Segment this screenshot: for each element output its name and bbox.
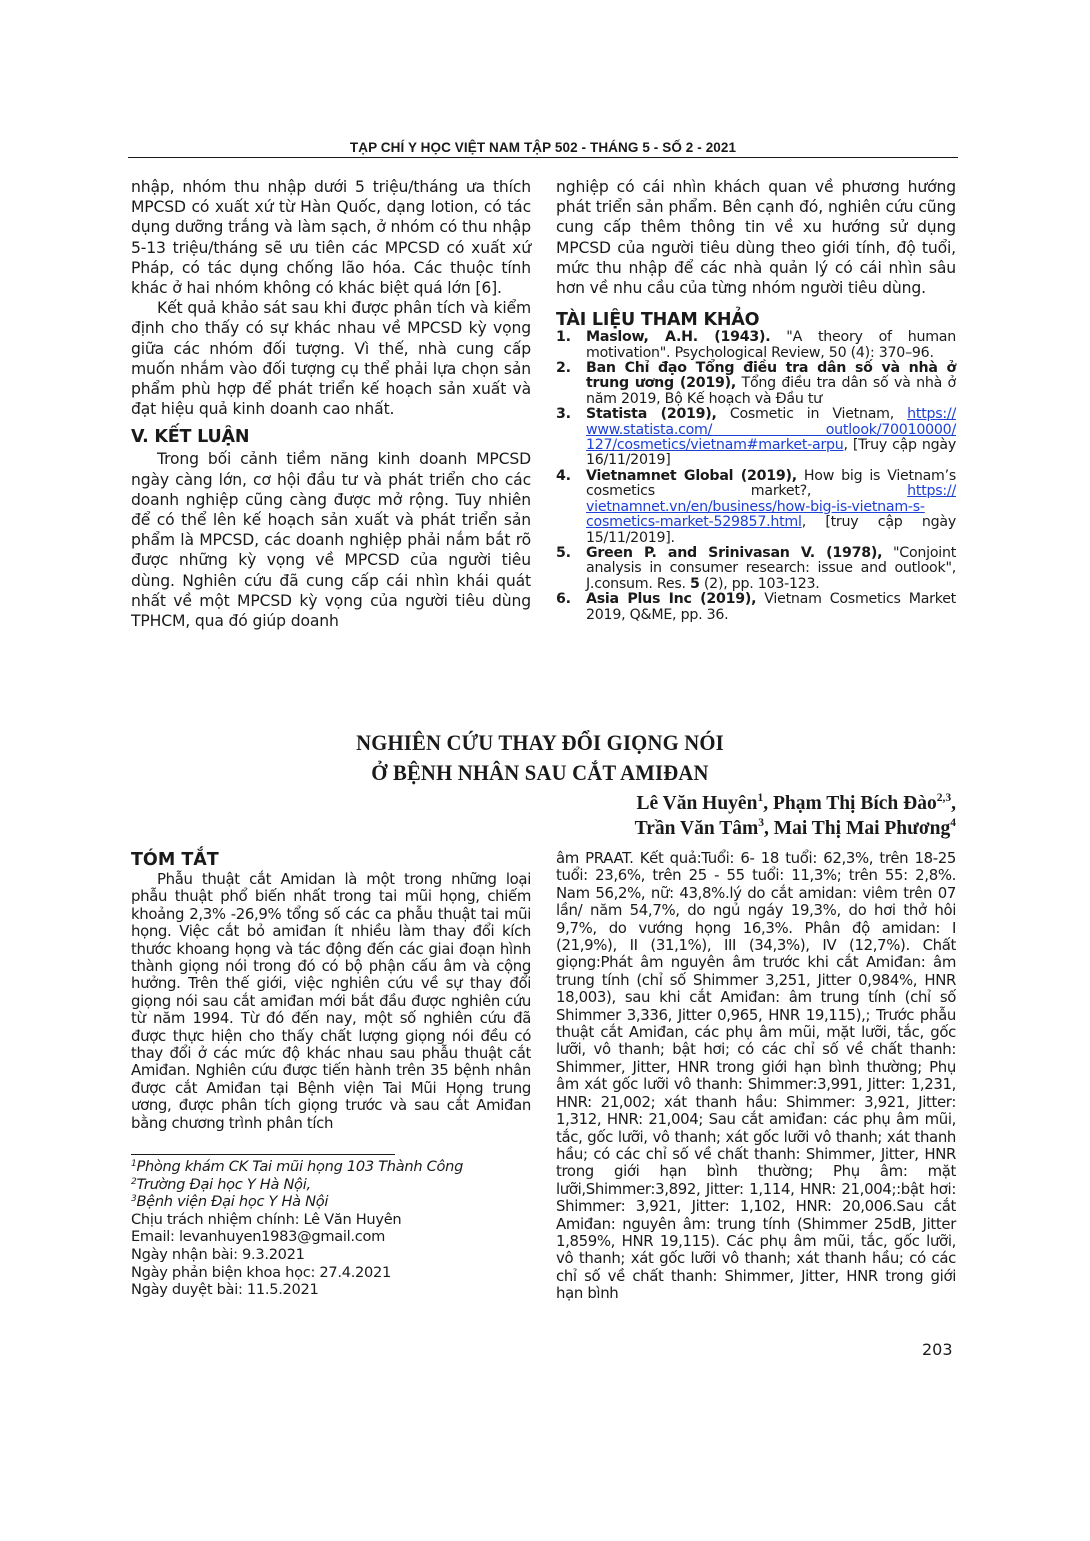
abstract-paragraph: Phẫu thuật cắt Amidan là một trong những…	[131, 871, 531, 1132]
reference-item: 6.Asia Plus Inc (2019), Vietnam Cosmetic…	[556, 592, 956, 623]
footnote-text: Trường Đại học Y Hà Nội,	[136, 1176, 310, 1193]
reference-number: 4.	[556, 469, 571, 484]
reference-volume: 5	[690, 576, 700, 592]
footnote-affiliation: 2Trường Đại học Y Hà Nội,	[131, 1176, 531, 1194]
author-separator: ,	[951, 793, 956, 814]
reference-list: 1.Maslow, A.H. (1943). "A theory of huma…	[556, 330, 956, 623]
footnote-received-date: Ngày nhận bài: 9.3.2021	[131, 1246, 531, 1264]
reference-author: Maslow, A.H. (1943).	[586, 329, 770, 345]
abstract-left-column: TÓM TẮT Phẫu thuật cắt Amidan là một tro…	[131, 850, 531, 1299]
reference-number: 1.	[556, 330, 571, 345]
author-separator: ,	[763, 793, 773, 814]
author-affiliation-mark: 4	[950, 817, 956, 829]
body-paragraph: Trong bối cảnh tiềm năng kinh doanh MPCS…	[131, 449, 531, 631]
article-title: NGHIÊN CỨU THAY ĐỔI GIỌNG NÓI Ở BỆNH NHÂ…	[310, 728, 770, 788]
reference-pages: (2), pp. 103-123.	[700, 576, 820, 592]
author-name: Trần Văn Tâm	[635, 818, 759, 839]
footnote-responsible-author: Chịu trách nhiệm chính: Lê Văn Huyên	[131, 1211, 531, 1229]
reference-text: Cosmetic in Vietnam,	[717, 406, 907, 422]
body-paragraph: nghiệp có cái nhìn khách quan về phương …	[556, 177, 956, 298]
abstract-right-column: âm PRAAT. Kết quả:Tuổi: 6- 18 tuổi: 62,3…	[556, 850, 956, 1303]
footnote-text: Bệnh viện Đại học Y Hà Nội	[136, 1193, 328, 1210]
reference-author: Statista (2019),	[586, 406, 717, 422]
author-name: Phạm Thị Bích Đào	[773, 793, 937, 814]
abstract-heading: TÓM TẮT	[131, 850, 531, 870]
reference-number: 6.	[556, 592, 571, 607]
reference-number: 3.	[556, 407, 571, 422]
author-name: Lê Văn Huyên	[636, 793, 757, 814]
author-separator: ,	[764, 818, 774, 839]
footnote-affiliation: 1Phòng khám CK Tai mũi họng 103 Thành Cô…	[131, 1158, 531, 1176]
reference-number: 2.	[556, 361, 571, 376]
reference-author: Asia Plus Inc (2019),	[586, 591, 756, 607]
body-paragraph: nhập, nhóm thu nhập dưới 5 triệu/tháng ư…	[131, 177, 531, 298]
reference-author: Green P. and Srinivasan V. (1978),	[586, 545, 882, 561]
journal-page: TẠP CHÍ Y HỌC VIỆT NAM TẬP 502 - THÁNG 5…	[0, 0, 1090, 1541]
author-affiliation-mark: 2,3	[937, 792, 951, 804]
reference-item: 5.Green P. and Srinivasan V. (1978), "Co…	[556, 546, 956, 592]
reference-number: 5.	[556, 546, 571, 561]
page-number: 203	[922, 1340, 953, 1359]
article-title-line: NGHIÊN CỨU THAY ĐỔI GIỌNG NÓI	[310, 728, 770, 758]
author-name: Mai Thị Mai Phương	[774, 818, 951, 839]
reference-item: 4.Vietnamnet Global (2019), How big is V…	[556, 469, 956, 546]
footnote-affiliation: 3Bệnh viện Đại học Y Hà Nội	[131, 1193, 531, 1211]
reference-item: 2.Ban Chỉ đạo Tổng điều tra dân số và nh…	[556, 361, 956, 407]
footnote-review-date: Ngày phản biện khoa học: 27.4.2021	[131, 1264, 531, 1282]
header-rule	[128, 157, 958, 158]
article-authors: Lê Văn Huyên1, Phạm Thị Bích Đào2,3, Trầ…	[500, 791, 956, 841]
footnote-accepted-date: Ngày duyệt bài: 11.5.2021	[131, 1281, 531, 1299]
footnote-rule	[131, 1154, 395, 1155]
section-heading-conclusion: V. KẾT LUẬN	[131, 427, 531, 447]
article-title-line: Ở BỆNH NHÂN SAU CẮT AMIĐAN	[310, 758, 770, 788]
footnote-email: Email: levanhuyen1983@gmail.com	[131, 1228, 531, 1246]
prev-article-right-column: nghiệp có cái nhìn khách quan về phương …	[556, 177, 956, 623]
abstract-paragraph: âm PRAAT. Kết quả:Tuổi: 6- 18 tuổi: 62,3…	[556, 850, 956, 1303]
prev-article-left-column: nhập, nhóm thu nhập dưới 5 triệu/tháng ư…	[131, 177, 531, 631]
author-line: Trần Văn Tâm3, Mai Thị Mai Phương4	[500, 816, 956, 841]
reference-item: 3.Statista (2019), Cosmetic in Vietnam, …	[556, 407, 956, 469]
body-paragraph: Kết quả khảo sát sau khi được phân tích …	[131, 298, 531, 419]
footnote-text: Phòng khám CK Tai mũi họng 103 Thành Côn…	[136, 1158, 463, 1175]
section-heading-references: TÀI LIỆU THAM KHẢO	[556, 310, 956, 330]
author-line: Lê Văn Huyên1, Phạm Thị Bích Đào2,3,	[500, 791, 956, 816]
reference-item: 1.Maslow, A.H. (1943). "A theory of huma…	[556, 330, 956, 361]
running-header: TẠP CHÍ Y HỌC VIỆT NAM TẬP 502 - THÁNG 5…	[128, 140, 958, 155]
reference-author: Vietnamnet Global (2019),	[586, 468, 797, 484]
